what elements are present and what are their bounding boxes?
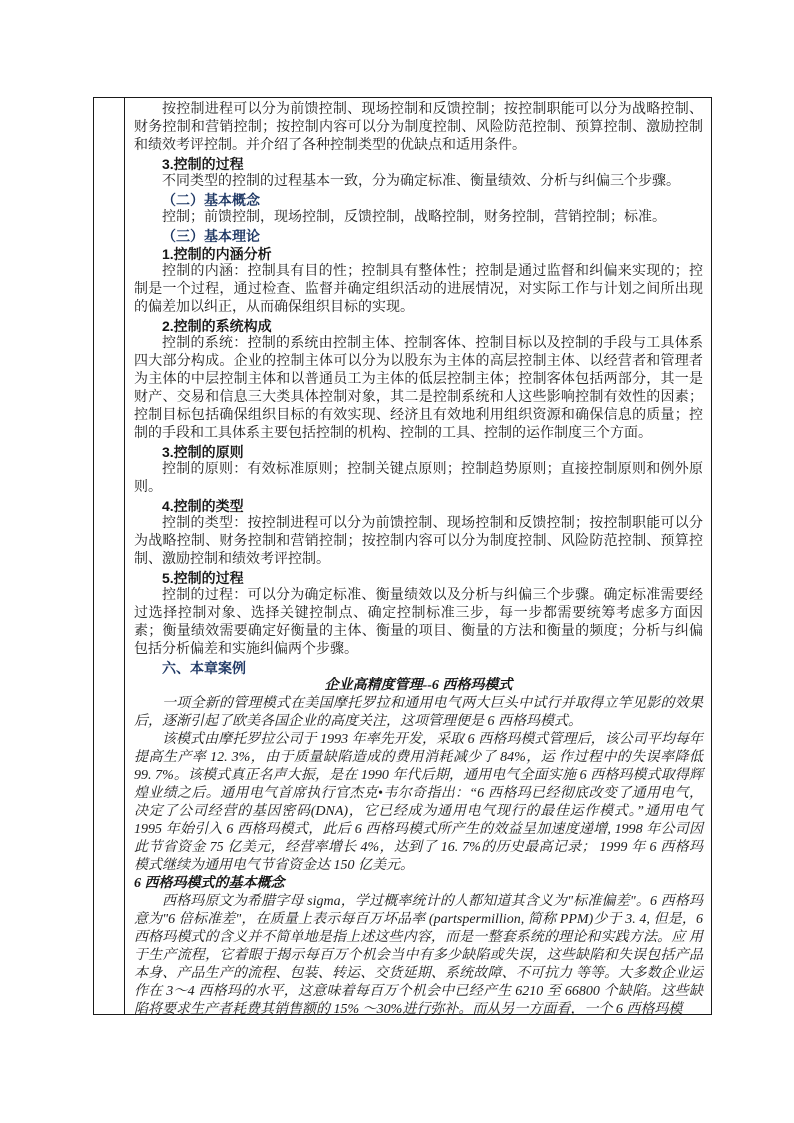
paragraph-connotation: 控制的内涵：控制具有目的性；控制具有整体性；控制是通过监督和纠偏来实现的；控制是…	[134, 263, 703, 317]
table-left-empty-cell	[94, 98, 125, 1014]
heading-basic-concepts: （二）基本概念	[134, 191, 703, 209]
paragraph-principles: 控制的原则：有效标准原则；控制关键点原则；控制趋势原则；直接控制原则和例外原则。	[134, 461, 703, 497]
paragraph-control-types-cont: 按控制进程可以分为前馈控制、现场控制和反馈控制；按控制职能可以分为战略控制、财务…	[134, 101, 703, 155]
table-main-cell: 按控制进程可以分为前馈控制、现场控制和反馈控制；按控制职能可以分为战略控制、财务…	[125, 98, 711, 1014]
heading-system-composition: 2.控制的系统构成	[134, 317, 703, 335]
case-paragraph-sigma-meaning: 西格玛原文为希腊字母 sigma，学过概率统计的人都知道其含义为"标准偏差"。6…	[134, 893, 703, 1014]
case-paragraph-intro: 一项全新的管理模式在美国摩托罗拉和通用电气两大巨头中试行并取得立竿见影的效果后，…	[134, 695, 703, 731]
heading-principles: 3.控制的原则	[134, 443, 703, 461]
document-page: 按控制进程可以分为前馈控制、现场控制和反馈控制；按控制职能可以分为战略控制、财务…	[0, 0, 794, 1123]
heading-control-process: 3.控制的过程	[134, 155, 703, 173]
heading-basic-theory: （三）基本理论	[134, 227, 703, 245]
case-title-six-sigma: 企业高精度管理--6 西格玛模式	[134, 677, 703, 695]
case-heading-basic-concept: 6 西格玛模式的基本概念	[134, 875, 703, 893]
paragraph-concepts-list: 控制；前馈控制，现场控制，反馈控制，战略控制，财务控制，营销控制；标准。	[134, 209, 703, 227]
paragraph-system: 控制的系统：控制的系统由控制主体、控制客体、控制目标以及控制的手段与工具体系四大…	[134, 335, 703, 443]
paragraph-types: 控制的类型：按控制进程可以分为前馈控制、现场控制和反馈控制；按控制职能可以分为战…	[134, 515, 703, 569]
heading-chapter-case: 六、本章案例	[134, 659, 703, 677]
paragraph-process-detail: 控制的过程：可以分为确定标准、衡量绩效以及分析与纠偏三个步骤。确定标准需要经过选…	[134, 587, 703, 659]
content-table: 按控制进程可以分为前馈控制、现场控制和反馈控制；按控制职能可以分为战略控制、财务…	[93, 97, 712, 1015]
heading-process-5: 5.控制的过程	[134, 569, 703, 587]
heading-types: 4.控制的类型	[134, 497, 703, 515]
case-paragraph-history: 该模式由摩托罗拉公司于 1993 年率先开发，采取 6 西格玛模式管理后，该公司…	[134, 731, 703, 875]
heading-connotation-analysis: 1.控制的内涵分析	[134, 245, 703, 263]
paragraph-process-steps: 不同类型的控制的过程基本一致，分为确定标准、衡量绩效、分析与纠偏三个步骤。	[134, 173, 703, 191]
